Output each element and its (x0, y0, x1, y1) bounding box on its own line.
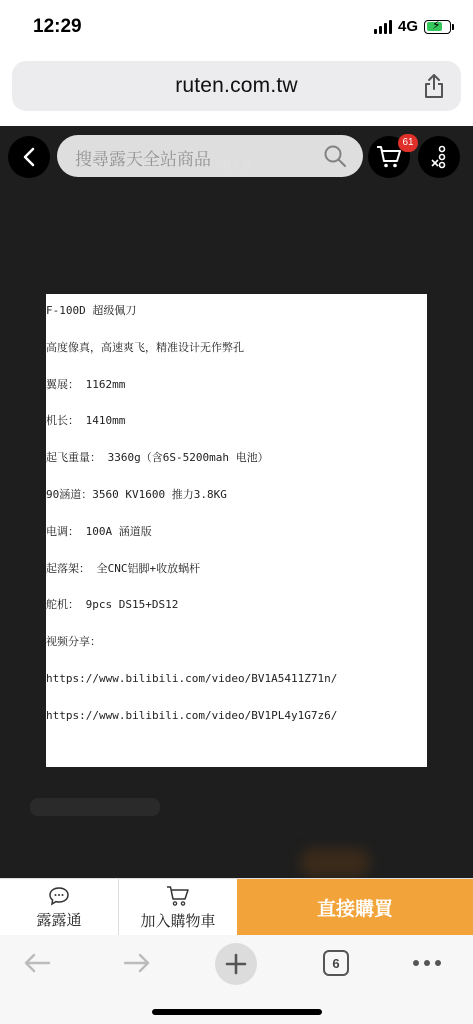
cart-icon (376, 145, 402, 169)
purchase-action-bar: 露露通 加入購物車 直接購買 (0, 878, 473, 935)
tab-count: 6 (323, 950, 349, 976)
background-text-blur (30, 798, 160, 816)
cart-count-badge: 61 (398, 134, 418, 152)
cart-icon (166, 885, 190, 907)
share-menu-button[interactable] (418, 136, 460, 178)
site-header: 搜尋露天全站商品 61 (0, 134, 473, 180)
spec-line: 电调： 100A 涵道版 (46, 521, 427, 558)
tabs-button[interactable]: 6 (320, 943, 352, 983)
home-indicator (152, 1009, 322, 1015)
battery-icon: ⚡ (424, 20, 451, 34)
new-tab-button[interactable] (215, 943, 257, 985)
spec-line: 机长： 1410mm (46, 410, 427, 447)
url-text: ruten.com.tw (175, 74, 298, 98)
search-input[interactable]: 搜尋露天全站商品 (57, 135, 363, 177)
chat-label: 露露通 (36, 909, 81, 930)
buy-now-button[interactable]: 直接購買 (237, 879, 473, 935)
spec-line: 起落架： 全CNC铝脚+收放蜗杆 (46, 558, 427, 595)
status-time: 12:29 (33, 16, 82, 38)
add-to-cart-button[interactable]: 加入購物車 (119, 879, 237, 936)
background-blur (300, 848, 370, 878)
spec-line: F-100D 超级佩刀 (46, 300, 427, 337)
share-nodes-icon (418, 136, 460, 178)
product-spec-image[interactable]: F-100D 超级佩刀 高度像真，高速爽飞，精准设计无作弊孔 翼展： 1162m… (46, 294, 427, 767)
share-icon[interactable] (423, 73, 445, 99)
status-bar: 12:29 4G ⚡ (0, 0, 473, 56)
spec-link: https://www.bilibili.com/video/BV1A5411Z… (46, 668, 427, 705)
ellipsis-icon (412, 959, 442, 967)
product-image-viewer: 8 / 9 搜尋露天全站商品 61 F-100D 超级佩刀 高度像真，高速爽飞，… (0, 126, 473, 878)
back-button[interactable] (8, 136, 50, 178)
spec-link: https://www.bilibili.com/video/BV1PL4y1G… (46, 705, 427, 742)
network-type: 4G (398, 18, 418, 35)
chat-bubble-icon (48, 886, 70, 906)
browser-back-button[interactable] (20, 943, 54, 983)
add-to-cart-label: 加入購物車 (140, 910, 215, 931)
spec-line: 高度像真，高速爽飞，精准设计无作弊孔 (46, 337, 427, 374)
spec-line: 视频分享： (46, 631, 427, 668)
spec-line: 90涵道：3560 KV1600 推力3.8KG (46, 484, 427, 521)
chevron-left-icon (22, 147, 36, 167)
signal-icon (374, 20, 392, 34)
search-placeholder: 搜尋露天全站商品 (75, 145, 211, 170)
safari-toolbar: 6 (0, 935, 473, 1024)
address-bar[interactable]: ruten.com.tw (12, 61, 461, 111)
spec-line: 翼展： 1162mm (46, 374, 427, 411)
arrow-right-icon (123, 952, 151, 974)
spec-line: 起飞重量： 3360g（含6S-5200mah 电池） (46, 447, 427, 484)
spec-line: 舵机： 9pcs DS15+DS12 (46, 594, 427, 631)
search-icon[interactable] (323, 144, 347, 168)
chat-button[interactable]: 露露通 (0, 879, 119, 936)
arrow-left-icon (23, 952, 51, 974)
browser-forward-button[interactable] (120, 943, 154, 983)
more-menu-button[interactable] (410, 943, 444, 983)
plus-icon (225, 953, 247, 975)
